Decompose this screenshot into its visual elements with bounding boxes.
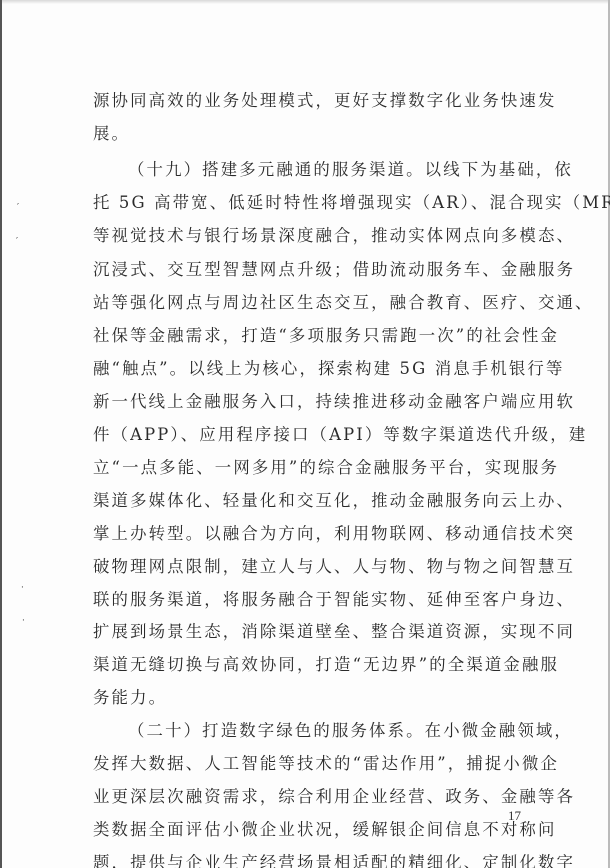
text-line: 立“一点多能、一网多用”的综合金融服务平台，实现服务 [93, 458, 533, 478]
scan-speck: ′ [16, 237, 18, 247]
scan-top-edge [0, 0, 610, 4]
text-line: 掌上办转型。以融合为方向，利用物联网、移动通信技术突 [93, 524, 533, 544]
text-line: 务能力。 [93, 688, 533, 708]
text-line: 破物理网点限制，建立人与人、人与物、物与物之间智慧互 [93, 557, 533, 577]
scan-left-edge [0, 0, 2, 868]
text-line: 展。 [93, 124, 533, 144]
text-line: 渠道无缝切换与高效协同，打造“无边界”的全渠道金融服 [93, 655, 533, 675]
text-line: 社保等金融需求，打造“多项服务只需跑一次”的社会性金 [93, 326, 533, 346]
text-line: 等视觉技术与银行场景深度融合，推动实体网点向多模态、 [93, 226, 533, 246]
text-line: 联的服务渠道，将服务融合于智能实物、延伸至客户身边、 [93, 590, 533, 610]
text-line: 渠道多媒体化、轻量化和交互化，推动金融服务向云上办、 [93, 491, 533, 511]
section-heading-20: （二十）打造数字绿色的服务体系。在小微金融领域， [128, 721, 533, 741]
scan-speck: ′ [17, 203, 19, 213]
document-page: ′ ′ · · 源协同高效的业务处理模式，更好支撑数字化业务快速发 展。 （十九… [0, 0, 610, 868]
text-line: 新一代线上金融服务入口，持续推进移动金融客户端应用软 [93, 392, 533, 412]
text-line: 业更深层次融资需求，综合利用企业经营、政务、金融等各 [93, 787, 533, 807]
scan-speck: · [21, 583, 24, 593]
text-line: 类数据全面评估小微企业状况，缓解银企间信息不对称问 [93, 820, 533, 840]
text-line: 沉浸式、交互型智慧网点升级；借助流动服务车、金融服务 [93, 260, 533, 280]
text-line: 件（APP）、应用程序接口（API）等数字渠道迭代升级，建 [93, 425, 533, 445]
text-line: 题，提供与企业生产经营场景相适配的精细化、定制化数字 [93, 853, 533, 868]
text-line: 托 5G 高带宽、低延时特性将增强现实（AR）、混合现实（MR） [93, 193, 533, 213]
scan-speck: · [22, 616, 25, 626]
page-number: 17 [508, 808, 521, 824]
text-line: 发挥大数据、人工智能等技术的“雷达作用”，捕捉小微企 [93, 754, 533, 774]
text-line: 站等强化网点与周边社区生态交互，融合教育、医疗、交通、 [93, 293, 533, 313]
text-line: 融“触点”。以线上为核心，探索构建 5G 消息手机银行等 [93, 359, 533, 379]
section-heading-19: （十九）搭建多元融通的服务渠道。以线下为基础，依 [128, 160, 533, 180]
text-line: 源协同高效的业务处理模式，更好支撑数字化业务快速发 [93, 91, 533, 111]
text-line: 扩展到场景生态，消除渠道壁垒、整合渠道资源，实现不同 [93, 622, 533, 642]
